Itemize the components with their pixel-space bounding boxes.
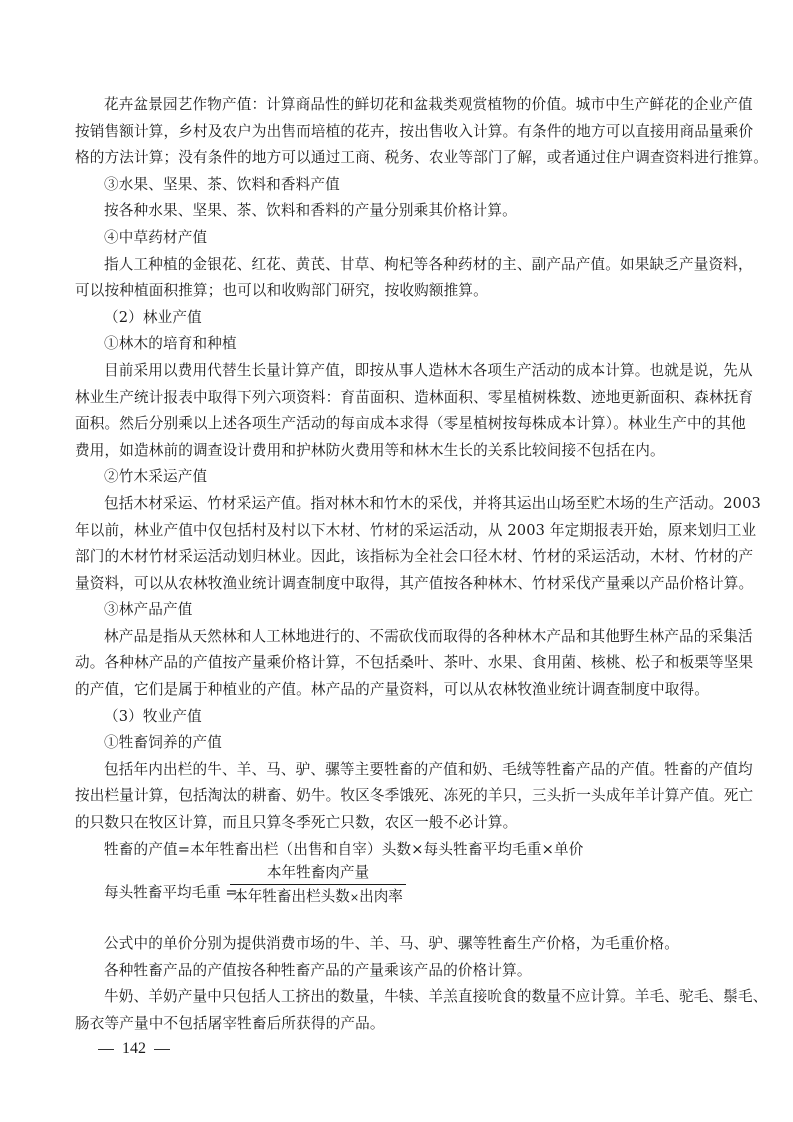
section-heading: （3）牧业产值 xyxy=(75,704,727,731)
paragraph-line: 格的方法计算；没有条件的地方可以通过工商、税务、农业等部门了解，或者通过住户调查… xyxy=(75,145,727,172)
paragraph-line: 的产值，它们是属于种植业的产值。林产品的产量资料，可以从农林牧渔业统计调查制度中… xyxy=(75,677,727,704)
page-number: 142 xyxy=(122,1040,146,1057)
document-page: 花卉盆景园艺作物产值：计算商品性的鲜切花和盆栽类观赏植物的价值。城市中生产鲜花的… xyxy=(75,92,727,1038)
paragraph-line: 按出栏量计算，包括淘汰的耕畜、奶牛。牧区冬季饿死、冻死的羊只，三头折一头成年羊计… xyxy=(75,783,727,810)
paragraph-line: 林产品是指从天然林和人工林地进行的、不需砍伐而取得的各种林木产品和其他野生林产品… xyxy=(75,624,727,651)
paragraph-line: 目前采用以费用代替生长量计算产值，即按从事人造林木各项生产活动的成本计算。也就是… xyxy=(75,358,727,385)
paragraph-line: 包括年内出栏的牛、羊、马、驴、骡等主要牲畜的产值和奶、毛绒等牲畜产品的产值。牲畜… xyxy=(75,757,727,784)
section-heading: ②竹木采运产值 xyxy=(75,464,727,491)
times-operator: × xyxy=(350,891,359,904)
dash-left xyxy=(98,1049,114,1050)
formula-fraction: 本年牲畜肉产量 本年牲畜出栏头数×出肉率 xyxy=(230,863,406,907)
formula-numerator: 本年牲畜肉产量 xyxy=(230,863,406,885)
section-heading: 公式中的单价分别为提供消费市场的牛、羊、马、驴、骡等牲畜生产价格，为毛重价格。 xyxy=(75,931,727,958)
section-heading: 牲畜的产值=本年牲畜出栏（出售和自宰）头数×每头牲畜平均毛重×单价 xyxy=(75,837,727,864)
paragraph-line: 按销售额计算，乡村及农户为出售而培植的花卉，按出售收入计算。有条件的地方可以直接… xyxy=(75,119,727,146)
paragraph-line: 可以按种植面积推算；也可以和收购部门研究，按收购额推算。 xyxy=(75,278,727,305)
paragraph-line: 动。各种林产品的产值按产量乘价格计算，不包括桑叶、茶叶、水果、食用菌、核桃、松子… xyxy=(75,650,727,677)
spacer xyxy=(75,923,727,931)
formula-lhs: 每头牲畜平均毛重 = xyxy=(104,881,238,902)
paragraph-line: 部门的木材竹材采运活动划归林业。因此，该指标为全社会口径木材、竹材的采运活动，木… xyxy=(75,544,727,571)
paragraph-line: 牛奶、羊奶产量中只包括人工挤出的数量，牛犊、羊羔直接吮食的数量不应计算。羊毛、驼… xyxy=(75,984,727,1011)
paragraph-line: 花卉盆景园艺作物产值：计算商品性的鲜切花和盆栽类观赏植物的价值。城市中生产鲜花的… xyxy=(75,92,727,119)
section-heading: ③林产品产值 xyxy=(75,597,727,624)
paragraph-line: 的只数只在牧区计算，而且只算冬季死亡只数，农区一般不必计算。 xyxy=(75,810,727,837)
section-heading: ①林木的培育和种植 xyxy=(75,331,727,358)
paragraph-line: 指人工种植的金银花、红花、黄芪、甘草、枸杞等各种药材的主、副产品产值。如果缺乏产… xyxy=(75,252,727,279)
formula-average-gross-weight: 每头牲畜平均毛重 = 本年牲畜肉产量 本年牲畜出栏头数×出肉率 xyxy=(75,863,727,923)
paragraph-line: 林业生产统计报表中取得下列六项资料：育苗面积、造林面积、零星植树株数、迹地更新面… xyxy=(75,385,727,412)
paragraph-line: 包括木材采运、竹材采运产值。指对林木和竹木的采伐，并将其运出山场至贮木场的生产活… xyxy=(75,491,727,518)
paragraph-line: 按各种水果、坚果、茶、饮料和香料的产量分别乘其价格计算。 xyxy=(75,198,727,225)
dash-right xyxy=(154,1049,170,1050)
formula-denominator: 本年牲畜出栏头数×出肉率 xyxy=(230,885,406,907)
paragraph-line: 费用，如造林前的调查设计费用和护林防火费用等和林木生长的关系比较间接不包括在内。 xyxy=(75,438,727,465)
paragraph-line: 年以前，林业产值中仅包括村及村以下木材、竹材的采运活动，从 2003 年定期报表… xyxy=(75,518,727,545)
document-body: 花卉盆景园艺作物产值：计算商品性的鲜切花和盆栽类观赏植物的价值。城市中生产鲜花的… xyxy=(75,92,727,863)
paragraph-line: 量资料，可以从农林牧渔业统计调查制度中取得，其产值按各种林木、竹材采伐产量乘以产… xyxy=(75,571,727,598)
denominator-term-b: 出肉率 xyxy=(359,888,403,905)
document-body-after-formula: 公式中的单价分别为提供消费市场的牛、羊、马、驴、骡等牲畜生产价格，为毛重价格。各… xyxy=(75,931,727,1037)
page-number-footer: 142 xyxy=(90,1040,178,1058)
section-heading: （2）林业产值 xyxy=(75,305,727,332)
section-heading: ③水果、坚果、茶、饮料和香料产值 xyxy=(75,172,727,199)
paragraph-line: 肠衣等产量中不包括屠宰牲畜后所获得的产品。 xyxy=(75,1011,727,1038)
denominator-term-a: 本年牲畜出栏头数 xyxy=(233,888,350,905)
section-heading: ④中草药材产值 xyxy=(75,225,727,252)
paragraph-line: 面积。然后分别乘以上述各项生产活动的每亩成本求得（零星植树按每株成本计算）。林业… xyxy=(75,411,727,438)
section-heading: 各种牲畜产品的产值按各种牲畜产品的产量乘该产品的价格计算。 xyxy=(75,958,727,985)
section-heading: ①牲畜饲养的产值 xyxy=(75,730,727,757)
